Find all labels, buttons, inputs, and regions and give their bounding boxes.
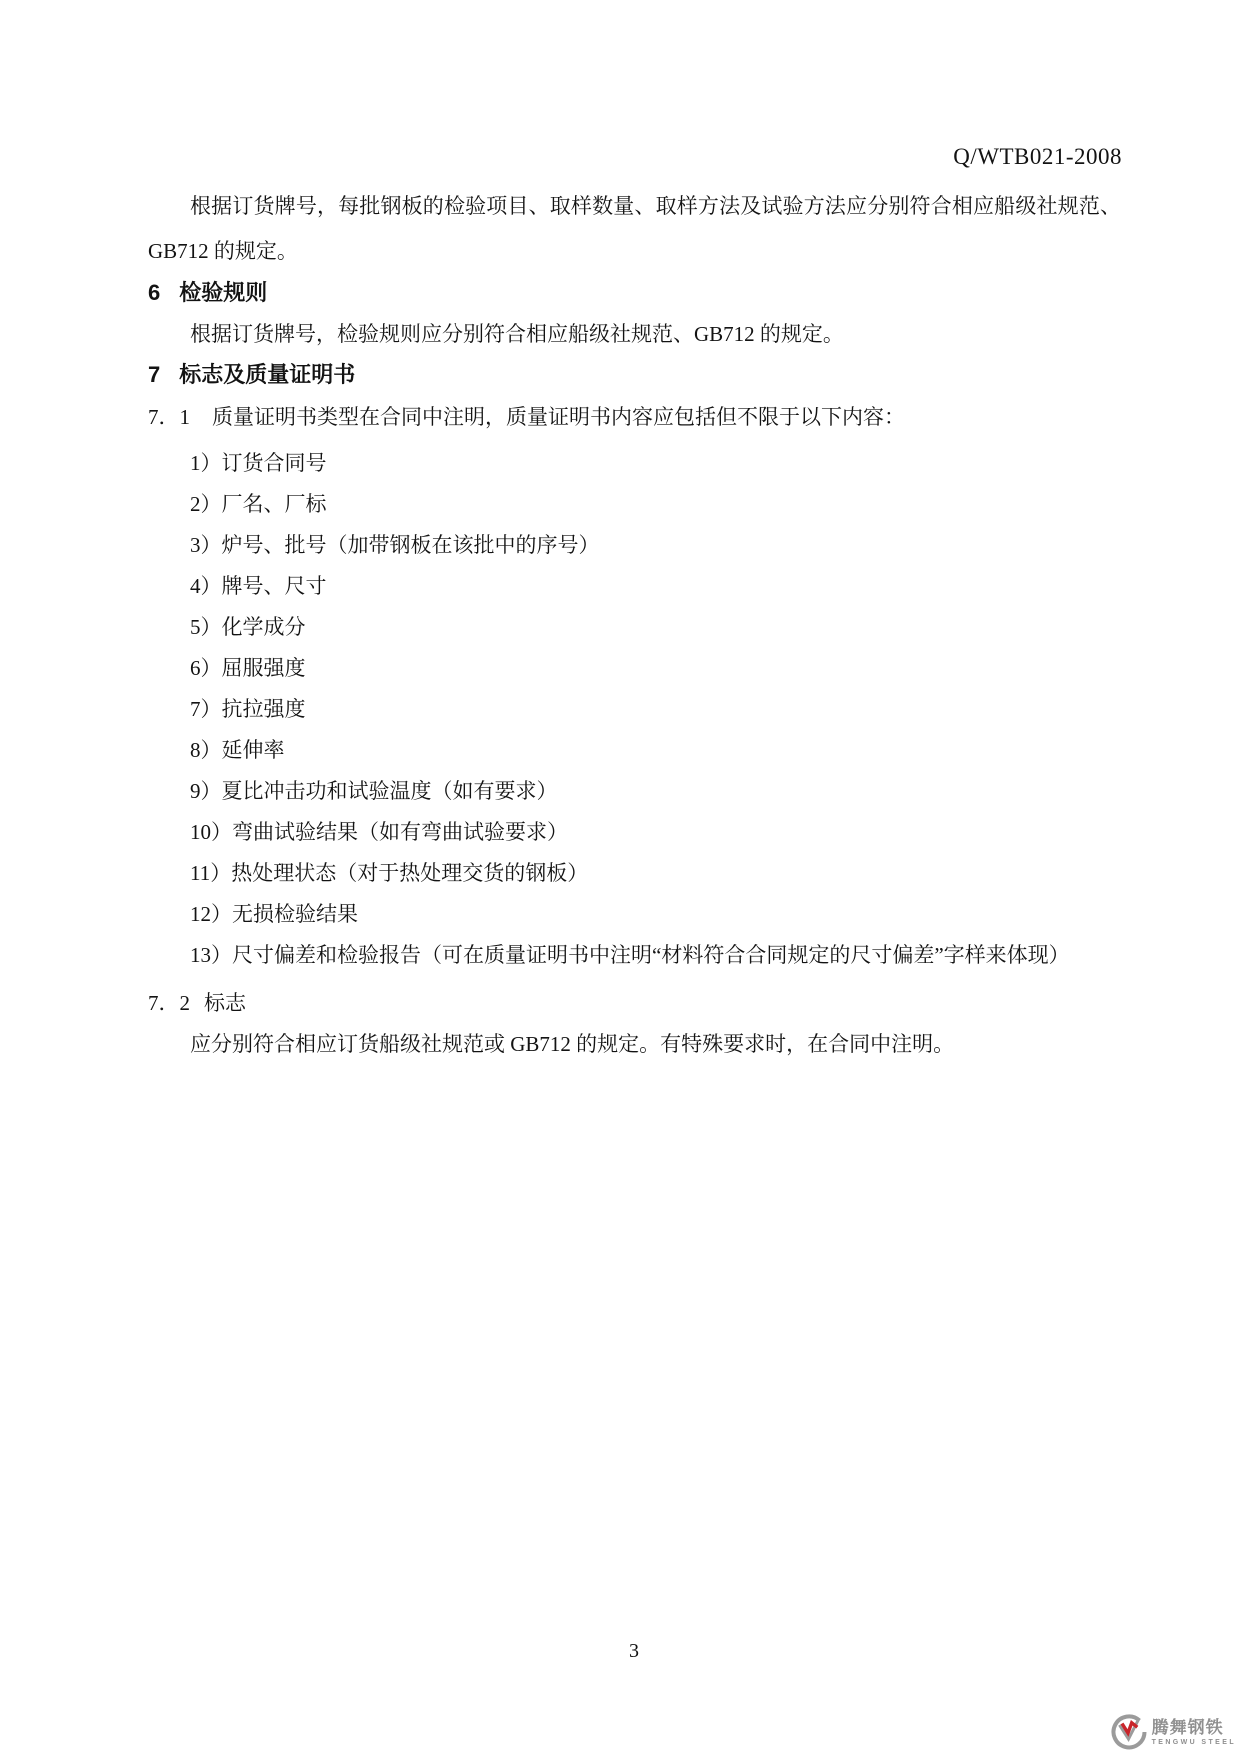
doc-number: Q/WTB021-2008 [953, 144, 1122, 170]
section-7-1-text: 质量证明书类型在合同中注明，质量证明书内容应包括但不限于以下内容： [212, 405, 905, 429]
section-7-1-paragraph: 7．1质量证明书类型在合同中注明，质量证明书内容应包括但不限于以下内容： [148, 404, 905, 431]
section-7-heading: 7标志及质量证明书 [148, 361, 355, 390]
section-7-2-heading: 7．2标志 [148, 990, 246, 1017]
list-item: 2）厂名、厂标 [190, 491, 327, 518]
list-item: 7）抗拉强度 [190, 696, 306, 723]
document-page: Q/WTB021-2008 根据订货牌号，每批钢板的检验项目、取样数量、取样方法… [0, 0, 1240, 1754]
list-item: 9）夏比冲击功和试验温度（如有要求） [190, 778, 558, 805]
list-item: 1）订货合同号 [190, 450, 327, 477]
list-item: 5）化学成分 [190, 614, 306, 641]
list-item: 3）炉号、批号（加带钢板在该批中的序号） [190, 532, 600, 559]
list-item: 8）延伸率 [190, 737, 285, 764]
page-number: 3 [148, 1640, 1120, 1663]
section-6-number: 6 [148, 280, 160, 305]
section-7-2-number: 7．2 [148, 991, 190, 1015]
intro-paragraph-line1: 根据订货牌号，每批钢板的检验项目、取样数量、取样方法及试验方法应分别符合相应船级… [190, 193, 1121, 220]
section-6-paragraph: 根据订货牌号，检验规则应分别符合相应船级社规范、GB712 的规定。 [190, 321, 844, 348]
list-item: 6）屈服强度 [190, 655, 306, 682]
logo-name-cn: 腾舞钢铁 [1152, 1719, 1236, 1736]
section-7-1-number: 7．1 [148, 405, 190, 429]
section-6-title: 检验规则 [179, 280, 267, 305]
section-7-2-title: 标志 [204, 991, 246, 1015]
logo-name-en: TENGWU STEEL [1152, 1739, 1236, 1746]
list-item: 10）弯曲试验结果（如有弯曲试验要求） [190, 819, 568, 846]
list-item: 12）无损检验结果 [190, 901, 358, 928]
list-item: 13）尺寸偏差和检验报告（可在质量证明书中注明“材料符合合同规定的尺寸偏差”字样… [190, 942, 1070, 969]
logo-text: 腾舞钢铁 TENGWU STEEL [1152, 1719, 1236, 1746]
list-item: 11）热处理状态（对于热处理交货的钢板） [190, 860, 588, 887]
section-7-title: 标志及质量证明书 [179, 362, 355, 387]
section-7-number: 7 [148, 362, 160, 387]
tengwu-steel-logo: 腾舞钢铁 TENGWU STEEL [1109, 1712, 1236, 1752]
intro-paragraph-line2: GB712 的规定。 [148, 238, 298, 265]
tengwu-logo-icon [1109, 1712, 1149, 1752]
section-7-2-paragraph: 应分别符合相应订货船级社规范或 GB712 的规定。有特殊要求时，在合同中注明。 [190, 1031, 954, 1058]
section-6-heading: 6检验规则 [148, 279, 267, 308]
list-item: 4）牌号、尺寸 [190, 573, 327, 600]
